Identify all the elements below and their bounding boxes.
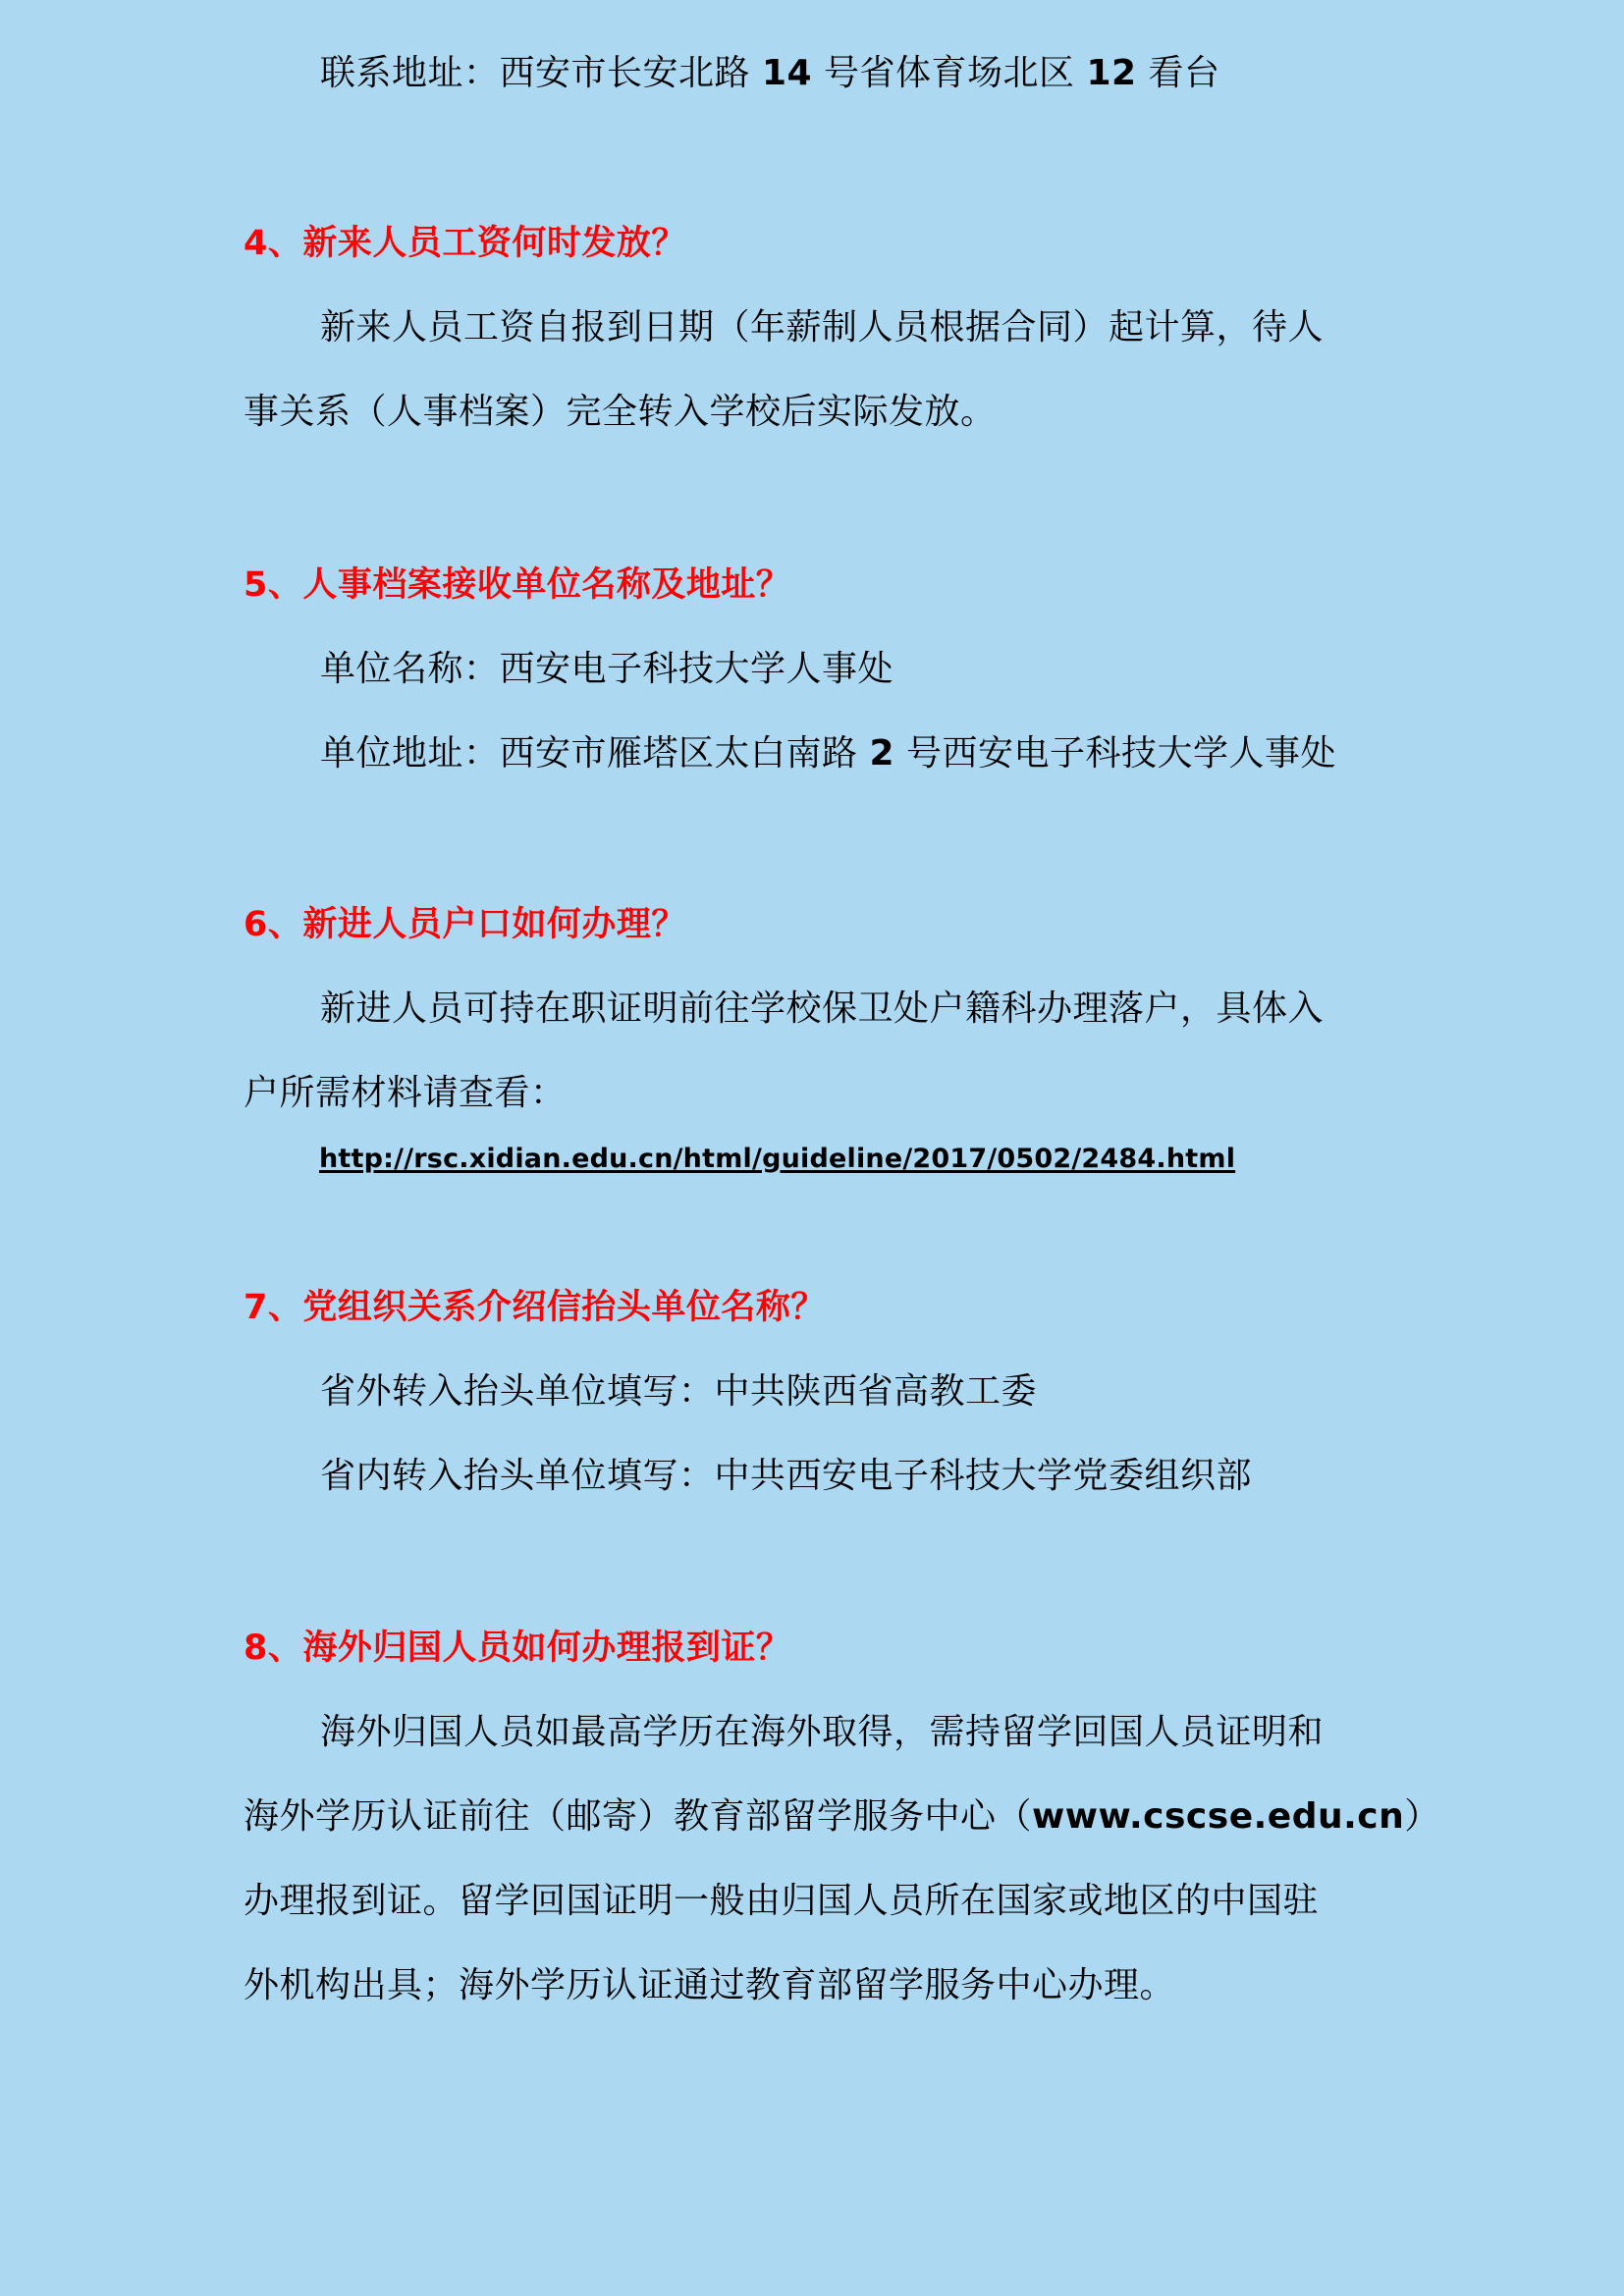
section-6-heading: 6、新进人员户口如何办理？ <box>244 903 686 946</box>
contact-address: 联系地址：西安市长安北路 14 号省体育场北区 12 看台 <box>320 52 1220 95</box>
section-4-paragraph-line-1: 新来人员工资自报到日期（年薪制人员根据合同）起计算，待人 <box>320 306 1324 349</box>
section-7-heading: 7、党组织关系介绍信抬头单位名称？ <box>244 1286 826 1329</box>
section-4-paragraph-line-2: 事关系（人事档案）完全转入学校后实际发放。 <box>244 391 997 434</box>
section-8-line-2-close: ） <box>1404 1796 1440 1837</box>
section-7-inside-province: 省内转入抬头单位填写：中共西安电子科技大学党委组织部 <box>320 1455 1252 1498</box>
section-5-unit-name: 单位名称：西安电子科技大学人事处 <box>320 648 893 691</box>
document-page: 联系地址：西安市长安北路 14 号省体育场北区 12 看台 4、新来人员工资何时… <box>0 0 1624 2296</box>
section-8-paragraph-line-3: 办理报到证。留学回国证明一般由归国人员所在国家或地区的中国驻 <box>244 1880 1319 1923</box>
contact-address-mid: 号省体育场北区 <box>812 53 1086 93</box>
unit-address-suffix: 号西安电子科技大学人事处 <box>894 733 1336 774</box>
section-8-line-2-text: 海外学历认证前往（邮寄）教育部留学服务中心（ <box>244 1796 1032 1837</box>
contact-address-prefix: 联系地址：西安市长安北路 <box>320 53 762 93</box>
section-8-paragraph-line-4: 外机构出具；海外学历认证通过教育部留学服务中心办理。 <box>244 1964 1175 2007</box>
unit-address-prefix: 单位地址：西安市雁塔区太白南路 <box>320 733 869 774</box>
section-5-unit-address: 单位地址：西安市雁塔区太白南路 2 号西安电子科技大学人事处 <box>320 732 1336 775</box>
section-8-heading: 8、海外归国人员如何办理报到证？ <box>244 1627 790 1670</box>
section-7-outside-province: 省外转入抬头单位填写：中共陕西省高教工委 <box>320 1370 1037 1414</box>
section-4-heading: 4、新来人员工资何时发放？ <box>244 222 686 265</box>
cscse-website: www.cscse.edu.cn <box>1032 1796 1404 1837</box>
section-6-paragraph-line-1: 新进人员可持在职证明前往学校保卫处户籍科办理落户，具体入 <box>320 988 1324 1031</box>
contact-address-num1: 14 <box>762 53 812 93</box>
contact-address-suffix: 看台 <box>1137 53 1220 93</box>
section-8-paragraph-line-2: 海外学历认证前往（邮寄）教育部留学服务中心（www.cscse.edu.cn） <box>244 1795 1440 1839</box>
section-6-paragraph-line-2: 户所需材料请查看： <box>244 1072 567 1115</box>
household-registration-link[interactable]: http://rsc.xidian.edu.cn/html/guideline/… <box>319 1143 1235 1176</box>
section-8-paragraph-line-1: 海外归国人员如最高学历在海外取得，需持留学回国人员证明和 <box>320 1711 1324 1754</box>
contact-address-num2: 12 <box>1086 53 1136 93</box>
section-5-heading: 5、人事档案接收单位名称及地址？ <box>244 563 790 607</box>
unit-address-num: 2 <box>869 733 894 774</box>
